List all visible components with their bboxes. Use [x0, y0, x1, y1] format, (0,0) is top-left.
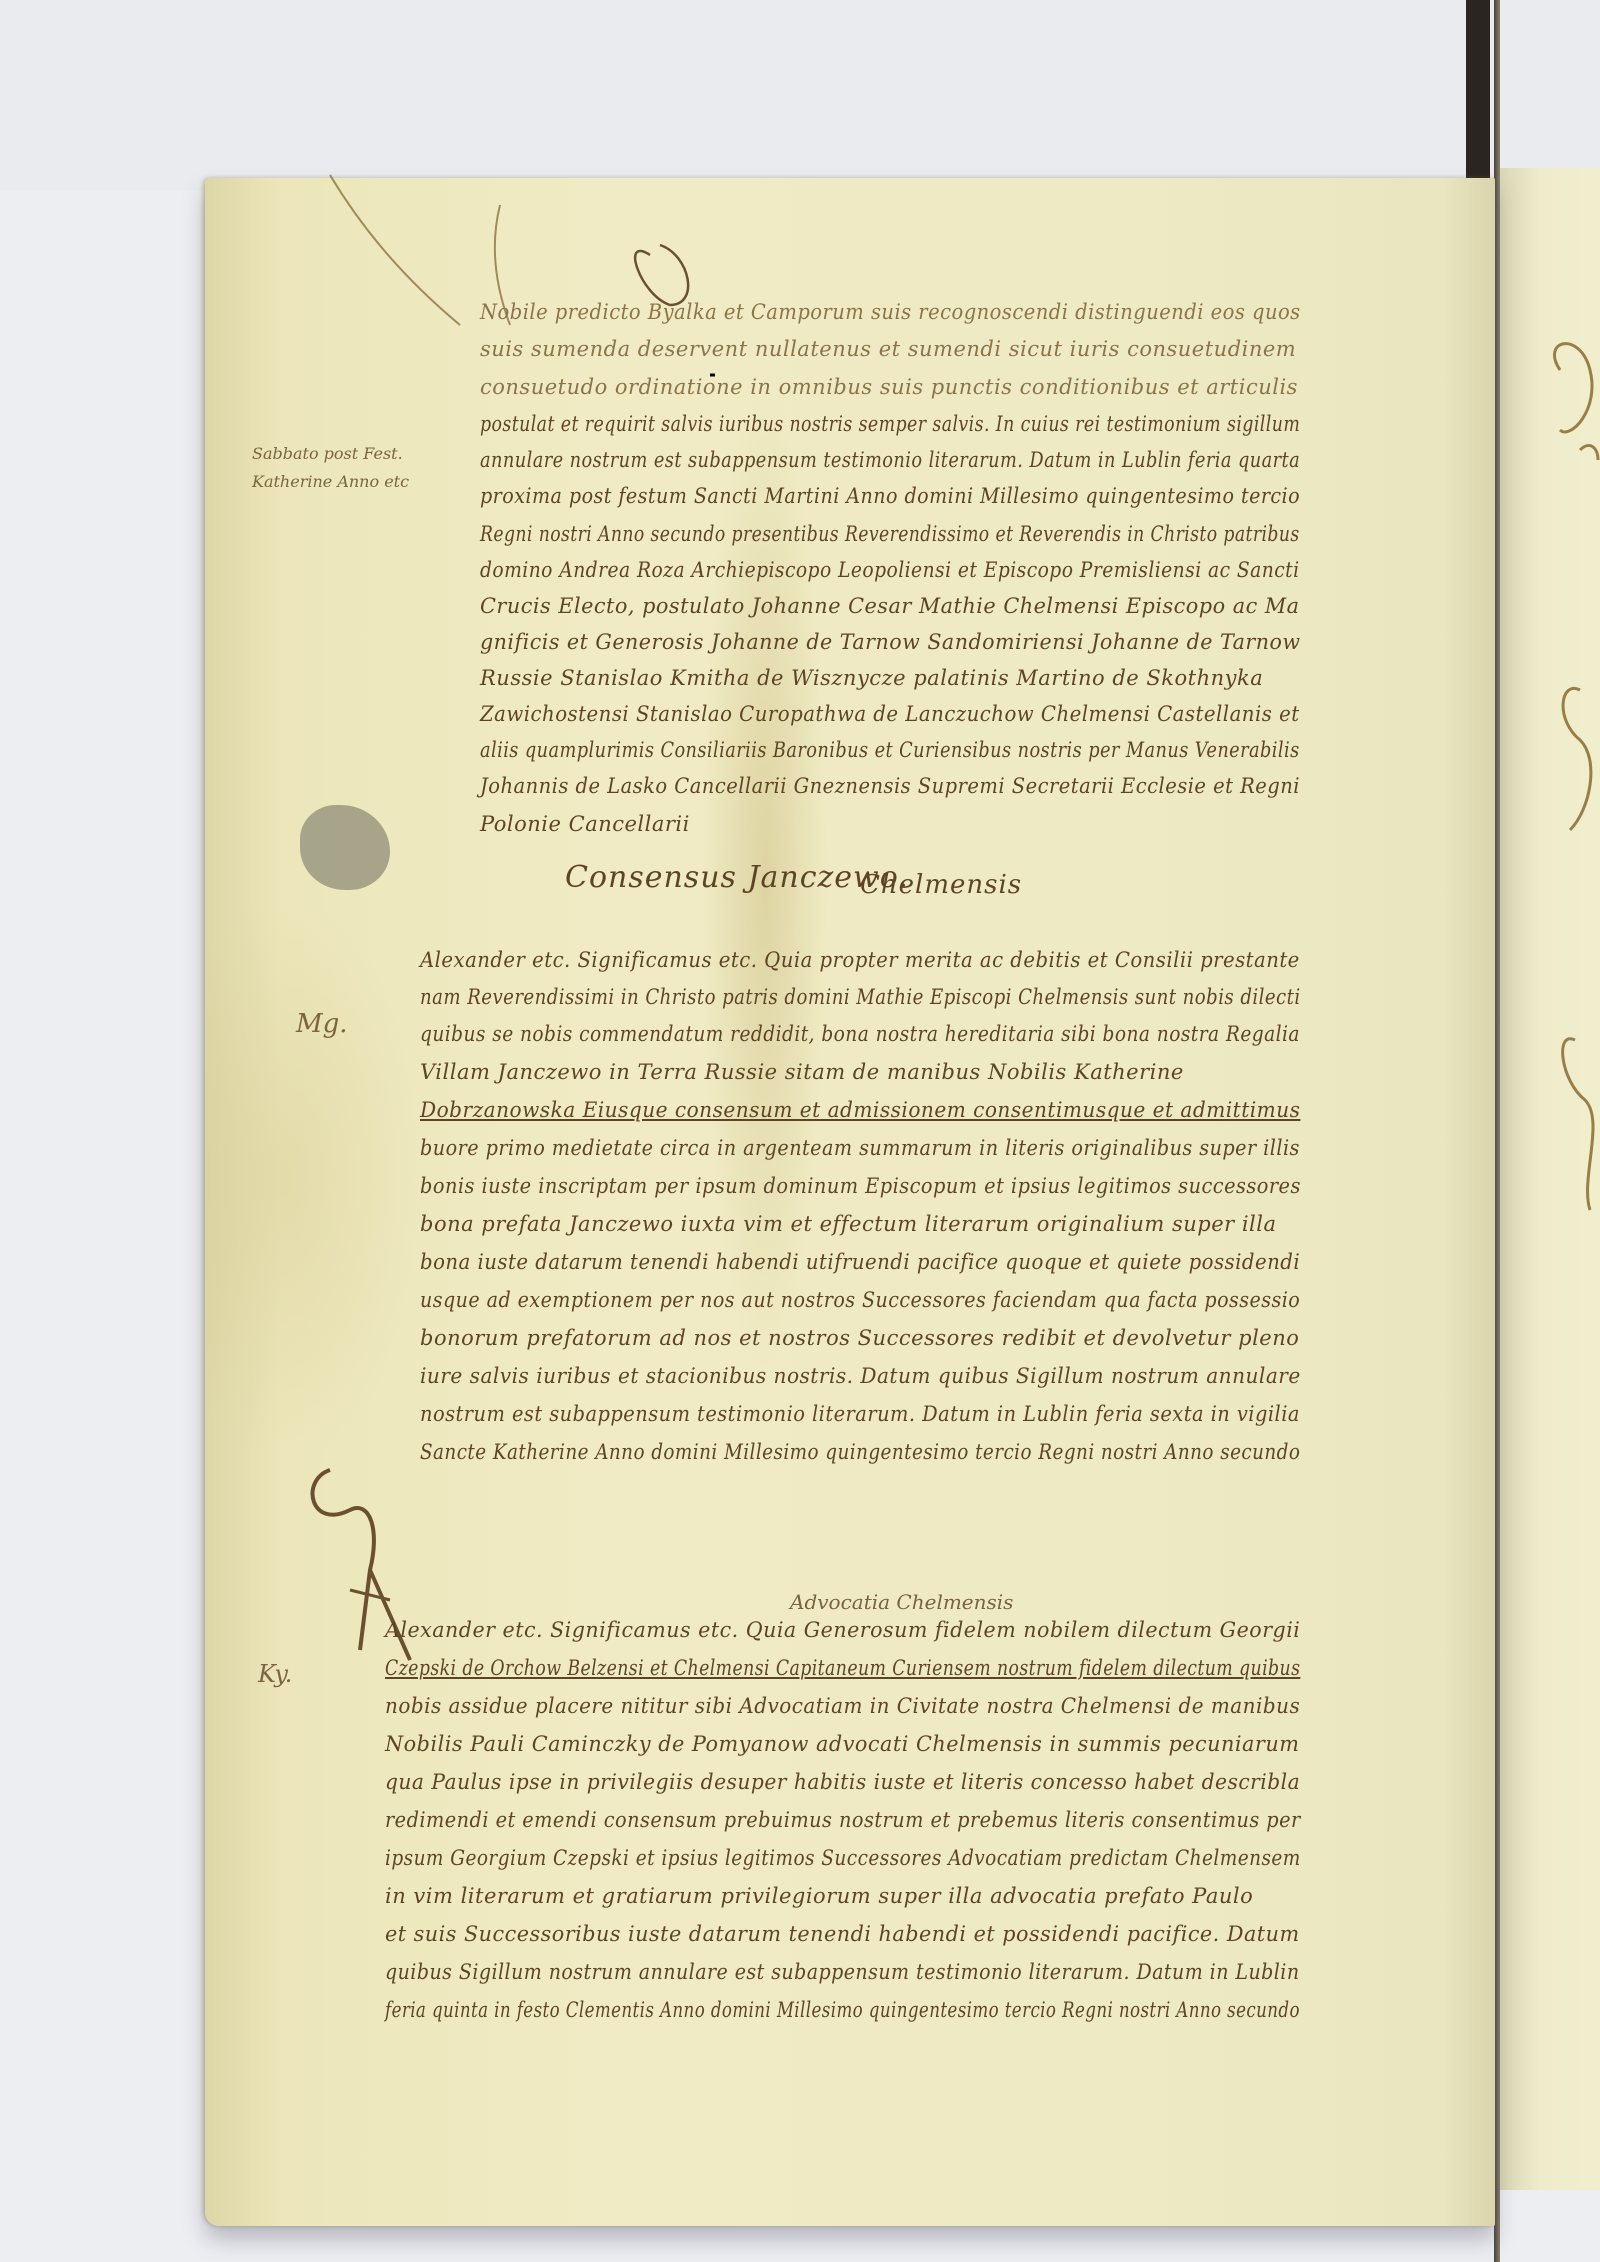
margin-note-line: Katherine Anno etc [252, 468, 409, 496]
text-line: Dobrzanowska Eiusque consensum et admiss… [420, 1098, 1300, 1122]
text-line: bonis iuste inscriptam per ipsum dominum… [420, 1174, 1301, 1198]
text-line: Nobile predicto Byalka et Camporum suis … [480, 300, 1301, 324]
section-2-heading: Consensus Janczewo. [565, 860, 909, 895]
text-line: Polonie Cancellarii [480, 812, 690, 836]
text-line: Crucis Electo, postulato Johanne Cesar M… [480, 594, 1300, 618]
text-line: nostrum est subappensum testimonio liter… [420, 1402, 1300, 1426]
text-line: domino Andrea Roza Archiepiscopo Leopoli… [480, 558, 1300, 582]
text-line: qua Paulus ipse in privilegiis desuper h… [385, 1770, 1300, 1794]
scan-background [0, 0, 1600, 190]
text-line: Johannis de Lasko Cancellarii Gneznensis… [480, 774, 1300, 798]
facing-page-flourish-icon [1540, 330, 1600, 510]
text-line: quibus Sigillum nostrum annulare est sub… [385, 1960, 1300, 1984]
text-line: ipsum Georgium Czepski et ipsius legitim… [385, 1846, 1301, 1870]
text-line: Nobilis Pauli Caminczky de Pomyanow advo… [385, 1732, 1299, 1756]
text-line: Villam Janczewo in Terra Russie sitam de… [420, 1060, 1184, 1084]
text-line: Russie Stanislao Kmitha de Wisznycze pal… [480, 666, 1263, 690]
binding-spine [1466, 0, 1490, 195]
facing-page-flourish-icon [1550, 1020, 1600, 1220]
text-line: postulat et requirit salvis iuribus nost… [480, 412, 1300, 436]
margin-note-date: Sabbato post Fest. Katherine Anno etc [252, 440, 409, 496]
text-line: suis sumenda deservent nullatenus et sum… [480, 337, 1296, 361]
text-line: proxima post festum Sancti Martini Anno … [480, 484, 1300, 508]
text-line: Regni nostri Anno secundo presentibus Re… [480, 522, 1300, 546]
text-line: redimendi et emendi consensum prebuimus … [385, 1808, 1301, 1832]
text-line: nam Reverendissimi in Christo patris dom… [420, 985, 1301, 1009]
text-line: aliis quamplurimis Consiliariis Baronibu… [480, 738, 1300, 762]
text-line: Alexander etc. Significamus etc. Quia Ge… [385, 1618, 1300, 1642]
section-2-heading-suffix: Chelmensis [860, 870, 1022, 900]
margin-note-line: Sabbato post Fest. [252, 440, 409, 468]
text-line: quibus se nobis commendatum reddidit, bo… [420, 1022, 1300, 1046]
text-line: et suis Successoribus iuste datarum tene… [385, 1922, 1300, 1946]
text-line: iure salvis iuribus et stacionibus nostr… [420, 1364, 1301, 1388]
text-line: bona prefata Janczewo iuxta vim et effec… [420, 1212, 1277, 1236]
text-line: bona iuste datarum tenendi habendi utifr… [420, 1250, 1300, 1274]
facing-page-flourish-icon [1550, 680, 1600, 840]
text-line: usque ad exemptionem per nos aut nostros… [420, 1288, 1300, 1312]
margin-note-ky: Ky. [258, 1660, 292, 1688]
margin-note-mg: Mg. [296, 1010, 348, 1038]
text-line: nobis assidue placere nititur sibi Advoc… [385, 1694, 1300, 1718]
text-line: in vim literarum et gratiarum privilegio… [385, 1884, 1253, 1908]
text-line: gnificis et Generosis Johanne de Tarnow … [480, 630, 1301, 654]
text-line: feria quinta in festo Clementis Anno dom… [385, 1998, 1300, 2022]
text-line: consuetudo ordinatione in omnibus suis p… [480, 375, 1298, 399]
text-line: Alexander etc. Significamus etc. Quia pr… [420, 948, 1300, 972]
section-3-heading: Advocatia Chelmensis [790, 1590, 1013, 1614]
text-line: Czepski de Orchow Belzensi et Chelmensi … [385, 1656, 1300, 1680]
text-line: annulare nostrum est subappensum testimo… [480, 448, 1300, 472]
text-line: Zawichostensi Stanislao Curopathwa de La… [480, 702, 1300, 726]
text-line: buore primo medietate circa in argenteam… [420, 1136, 1300, 1160]
scan-background-bottom [1500, 2190, 1600, 2262]
text-line: bonorum prefatorum ad nos et nostros Suc… [420, 1326, 1299, 1350]
text-line: Sancte Katherine Anno domini Millesimo q… [420, 1440, 1300, 1464]
